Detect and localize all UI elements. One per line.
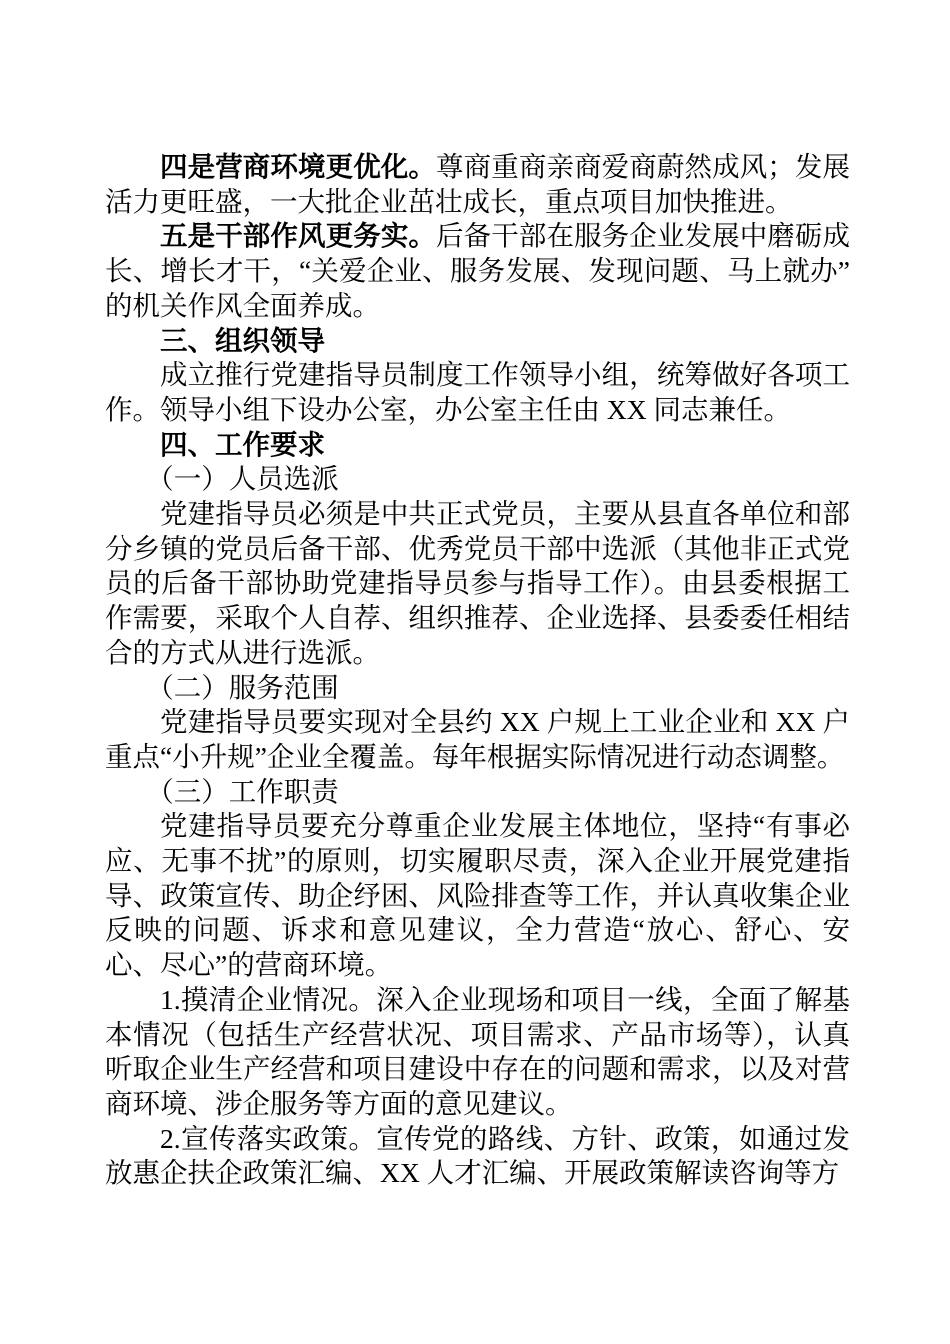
bold-lead-run: 三、组织领导 bbox=[160, 325, 325, 356]
paragraph: 党建指导员必须是中共正式党员，主要从县直各单位和部分乡镇的党员后备干部、优秀党员… bbox=[105, 497, 850, 671]
paragraph: 五是干部作风更务实。后备干部在服务企业发展中磨砺成长、增长才干，“关爱企业、服务… bbox=[105, 219, 850, 323]
sub-heading: （一）人员选派 bbox=[105, 462, 850, 497]
section-heading: 三、组织领导 bbox=[105, 324, 850, 359]
paragraph: 党建指导员要实现对全县约 XX 户规上工业企业和 XX 户重点“小升规”企业全覆… bbox=[105, 705, 850, 774]
text-run: 党建指导员必须是中共正式党员，主要从县直各单位和部分乡镇的党员后备干部、优秀党员… bbox=[105, 498, 850, 668]
paragraph: 2.宣传落实政策。宣传党的路线、方针、政策，如通过发放惠企扶企政策汇编、XX 人… bbox=[105, 1122, 850, 1191]
paragraph: 党建指导员要充分尊重企业发展主体地位，坚持“有事必应、无事不扰”的原则，切实履职… bbox=[105, 809, 850, 983]
paragraph: 成立推行党建指导员制度工作领导小组，统筹做好各项工作。领导小组下设办公室，办公室… bbox=[105, 358, 850, 427]
bold-lead-run: 五是干部作风更务实。 bbox=[160, 220, 436, 251]
text-run: 党建指导员要实现对全县约 XX 户规上工业企业和 XX 户重点“小升规”企业全覆… bbox=[105, 706, 850, 772]
bold-lead-run: 四是营商环境更优化。 bbox=[160, 151, 436, 182]
text-run: 成立推行党建指导员制度工作领导小组，统筹做好各项工作。领导小组下设办公室，办公室… bbox=[105, 359, 850, 425]
text-run: 党建指导员要充分尊重企业发展主体地位，坚持“有事必应、无事不扰”的原则，切实履职… bbox=[105, 810, 850, 980]
bold-lead-run: 四、工作要求 bbox=[160, 429, 325, 460]
text-run: 2.宣传落实政策。宣传党的路线、方针、政策，如通过发放惠企扶企政策汇编、XX 人… bbox=[105, 1123, 850, 1189]
text-run: （三）工作职责 bbox=[146, 776, 339, 807]
paragraph: 1.摸清企业情况。深入企业现场和项目一线，全面了解基本情况（包括生产经营状况、项… bbox=[105, 983, 850, 1122]
text-run: （二）服务范围 bbox=[146, 672, 339, 703]
text-run: 1.摸清企业情况。深入企业现场和项目一线，全面了解基本情况（包括生产经营状况、项… bbox=[105, 984, 850, 1119]
document-body: 四是营商环境更优化。尊商重商亲商爱商蔚然成风；发展活力更旺盛，一大批企业茁壮成长… bbox=[105, 150, 850, 1191]
sub-heading: （三）工作职责 bbox=[105, 775, 850, 810]
section-heading: 四、工作要求 bbox=[105, 428, 850, 463]
document-page: 四是营商环境更优化。尊商重商亲商爱商蔚然成风；发展活力更旺盛，一大批企业茁壮成长… bbox=[0, 0, 950, 1344]
paragraph: 四是营商环境更优化。尊商重商亲商爱商蔚然成风；发展活力更旺盛，一大批企业茁壮成长… bbox=[105, 150, 850, 219]
text-run: （一）人员选派 bbox=[146, 463, 339, 494]
sub-heading: （二）服务范围 bbox=[105, 671, 850, 706]
